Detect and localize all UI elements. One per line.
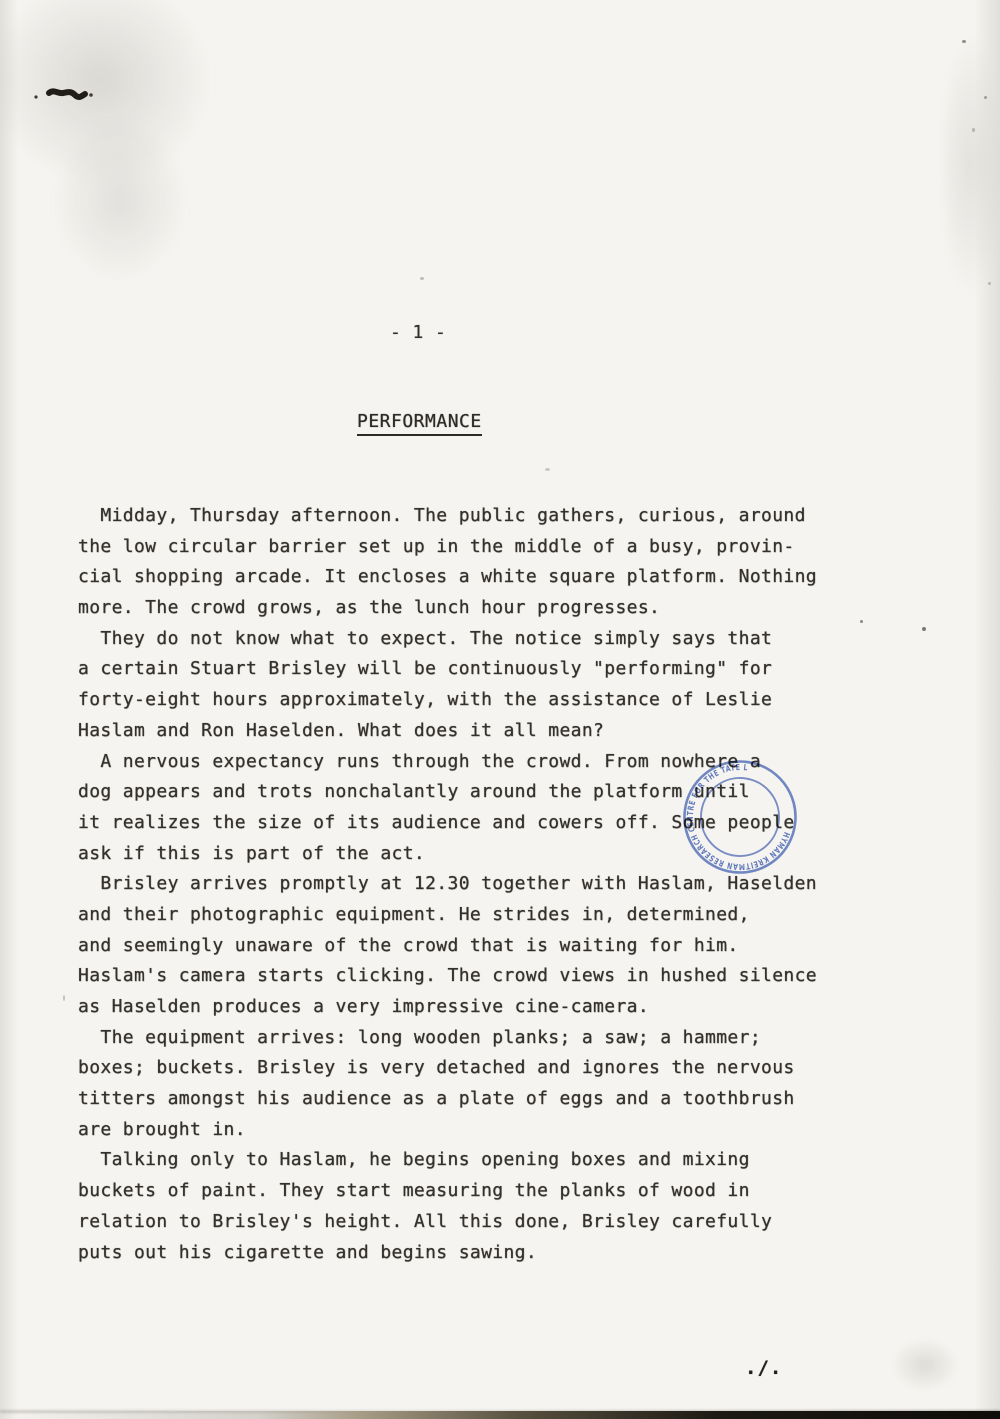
- scan-edge: [0, 1411, 1000, 1419]
- typewritten-line: titters amongst his audience as a plate …: [78, 1084, 868, 1115]
- document-title: PERFORMANCE: [357, 411, 482, 432]
- typewritten-line: relation to Brisley's height. All this d…: [78, 1207, 868, 1238]
- typewritten-line: as Haselden produces a very impressive c…: [78, 992, 868, 1023]
- document-page: - 1 - PERFORMANCE Midday, Thursday after…: [0, 0, 1000, 1419]
- typewritten-line: buckets of paint. They start measuring t…: [78, 1176, 868, 1207]
- dust-speck: [988, 282, 991, 285]
- dust-speck: [962, 40, 966, 43]
- edge-shading: [974, 0, 1000, 1419]
- typewritten-line: puts out his cigarette and begins sawing…: [78, 1238, 868, 1269]
- typewritten-line: Haslam's camera starts clicking. The cro…: [78, 961, 868, 992]
- continuation-mark: ./.: [745, 1357, 782, 1379]
- typewritten-line: the low circular barrier set up in the m…: [78, 532, 868, 563]
- typewritten-line: cial shopping arcade. It encloses a whit…: [78, 562, 868, 593]
- typewritten-line: They do not know what to expect. The not…: [78, 624, 868, 655]
- corner-smudge: [30, 90, 210, 310]
- ink-scribble-mark: [28, 82, 96, 108]
- dust-speck: [420, 277, 424, 280]
- dust-speck: [545, 468, 550, 471]
- title-text: PERFORMANCE: [357, 411, 482, 436]
- typewritten-line: Midday, Thursday afternoon. The public g…: [78, 501, 868, 532]
- typewritten-line: and seemingly unaware of the crowd that …: [78, 931, 868, 962]
- typewritten-line: are brought in.: [78, 1115, 868, 1146]
- page-number: - 1 -: [390, 322, 446, 343]
- typewritten-line: boxes; buckets. Brisley is very detached…: [78, 1053, 868, 1084]
- edge-smudge: [880, 1330, 970, 1400]
- dust-speck: [984, 96, 987, 99]
- edge-shading: [0, 0, 18, 1419]
- typewritten-line: forty-eight hours approximately, with th…: [78, 685, 868, 716]
- corner-smudge: [0, 0, 260, 230]
- dust-speck: [972, 128, 975, 132]
- edge-smudge: [930, 0, 1000, 330]
- archive-stamp: HYMAN KREITMAN RESEARCH CENTRE FOR THE T…: [651, 728, 829, 906]
- typewritten-line: The equipment arrives: long wooden plank…: [78, 1023, 868, 1054]
- typewritten-line: and their photographic equipment. He str…: [78, 900, 868, 931]
- stamp-outer-ring: [678, 755, 802, 879]
- dust-speck: [63, 995, 65, 1001]
- dust-speck: [922, 627, 926, 631]
- typewritten-line: Talking only to Haslam, he begins openin…: [78, 1145, 868, 1176]
- stamp-inner-ring: [697, 774, 784, 861]
- typewritten-line: more. The crowd grows, as the lunch hour…: [78, 593, 868, 624]
- typewritten-line: a certain Stuart Brisley will be continu…: [78, 654, 868, 685]
